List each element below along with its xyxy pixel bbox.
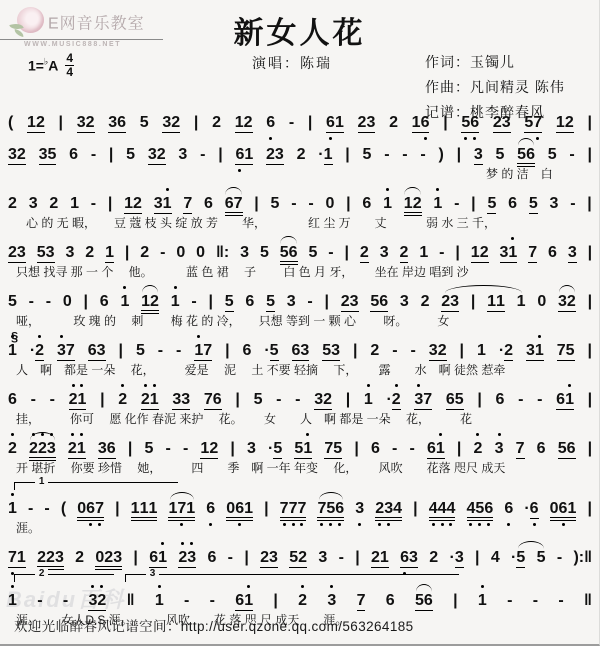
notation-line: 1 - - ( 067 | 111 171 6 061 | 777 756 3 … bbox=[8, 489, 592, 518]
notation-line: 71 223 2 023 | 61 23 6 - | 23 52 3 - | 2… bbox=[8, 538, 592, 567]
notation-line: 6 - - 21 | 2 21 33 76 | 5 - - 32 | 1 ·2 … bbox=[8, 380, 592, 409]
lyrics-line: 人 啊 都是 一朵 花， 爱是 泥 土 不要 轻摘 下， 露 水 啊 徒然 惹牵 bbox=[8, 360, 592, 377]
music-system: ( 12 | 32 36 5 32 | 2 12 6 - | 61 23 2 1… bbox=[8, 103, 592, 132]
music-system: §1 ·2 37 63 | 5 - - 17 | 6 ·5 63 53 | 2 … bbox=[8, 331, 592, 377]
tonic: A bbox=[48, 58, 58, 74]
lyrics-line: 梦 的 洁 白 bbox=[8, 164, 592, 181]
music-system: 32 35 6 - | 5 32 3 - | 61 23 2 ·1 | 5 - … bbox=[8, 135, 592, 181]
notation-line: 1 - - 32 ‖ 1 - - 61 | 2 3 7 6 56 | 1 - -… bbox=[8, 581, 592, 610]
music-system: 6 - - 21 | 2 21 33 76 | 5 - - 32 | 1 ·2 … bbox=[8, 380, 592, 426]
lyrics-line: 挂， 你可 愿 化作 春泥 来护 花。 女 人 啊 都是 一朵 花， 花 bbox=[8, 409, 592, 426]
notation-line: ( 12 | 32 36 5 32 | 2 12 6 - | 61 23 2 1… bbox=[8, 103, 592, 132]
time-signature: 44 bbox=[65, 52, 74, 78]
key-signature: 1=♭A44 bbox=[28, 52, 74, 78]
notation-line: 23 53 3 2 1 | 2 - 0 0 ‖: 3 5 56 5 - | 2 … bbox=[8, 233, 592, 262]
volta-row: 1 bbox=[8, 478, 592, 489]
music-system: 23 53 3 2 1 | 2 - 0 0 ‖: 3 5 56 5 - | 2 … bbox=[8, 233, 592, 279]
volta-row: 23 bbox=[8, 570, 592, 581]
score: ( 12 | 32 36 5 32 | 2 12 6 - | 61 23 2 1… bbox=[8, 103, 592, 630]
song-title: 新女人花 bbox=[0, 8, 599, 52]
volta-bracket: 2 bbox=[14, 574, 114, 582]
sheet-music-page: E网音乐教室 WWW.MUSIC888.NET 1=♭A44 新女人花 演唱：陈… bbox=[0, 0, 600, 646]
music-system: 231 - - 32 ‖ 1 - - 61 | 2 3 7 6 56 | 1 -… bbox=[8, 570, 592, 627]
segno-mark: § bbox=[11, 329, 18, 344]
notation-line: 1 ·2 37 63 | 5 - - 17 | 6 ·5 63 53 | 2 -… bbox=[8, 331, 592, 360]
lyrics-line: 哑， 玫 瑰 的 刺 梅 花 的 冷， 只想 等到 一 颗 心 呀。 女 bbox=[8, 311, 592, 328]
key-prefix: 1= bbox=[28, 58, 44, 74]
meter-numerator: 4 bbox=[65, 52, 74, 66]
music-system: 5 - - 0 | 6 1 12 1 - | 5 6 5 3 - | 23 56… bbox=[8, 282, 592, 328]
lyrics-line: 涯。 bbox=[8, 518, 592, 535]
notation-line: 32 35 6 - | 5 32 3 - | 61 23 2 ·1 | 5 - … bbox=[8, 135, 592, 164]
notation-line: 5 - - 0 | 6 1 12 1 - | 5 6 5 3 - | 23 56… bbox=[8, 282, 592, 311]
music-system: 71 223 2 023 | 61 23 6 - | 23 52 3 - | 2… bbox=[8, 538, 592, 567]
notation-line: 2 3 2 1 - | 12 31 7 6 67 | 5 - - 0 | 6 1… bbox=[8, 184, 592, 213]
volta-bracket: 3 bbox=[125, 574, 459, 582]
music-system: 2 3 2 1 - | 12 31 7 6 67 | 5 - - 0 | 6 1… bbox=[8, 184, 592, 230]
notation-line: 2 223 21 36 | 5 - - 12 | 3 ·5 51 75 | 6 … bbox=[8, 429, 592, 458]
meter-denominator: 4 bbox=[66, 65, 73, 79]
music-system: 11 - - ( 067 | 111 171 6 061 | 777 756 3… bbox=[8, 478, 592, 535]
volta-bracket: 1 bbox=[14, 482, 179, 490]
performer-line: 演唱：陈瑞 bbox=[252, 53, 332, 73]
lyrics-line: 开 堪折 你要 珍惜 她， 四 季 啊 一年 年变 化， 风吹 花落 咫尺 成天 bbox=[8, 458, 592, 475]
lyrics-line: 只想 找寻 那 一 个 他。 蓝 色 裙 子 白 色 月 牙， 坐在 岸边 唱到… bbox=[8, 262, 592, 279]
music-system: 2 223 21 36 | 5 - - 12 | 3 ·5 51 75 | 6 … bbox=[8, 429, 592, 475]
lyrics-line: 涯。 女人D.S 涯。 风吹 花 落 咫 尺 成天 涯。 bbox=[8, 610, 592, 627]
composer-credit: 作曲：凡间精灵 陈伟 bbox=[425, 75, 565, 100]
lyrics-line: 心 的 无 暇， 豆 蔻 枝 头 绽 放 芳 华， 红 尘 万 丈 弱 水 三 … bbox=[8, 213, 592, 230]
lyricist-credit: 作词：玉镯儿 bbox=[425, 50, 565, 75]
